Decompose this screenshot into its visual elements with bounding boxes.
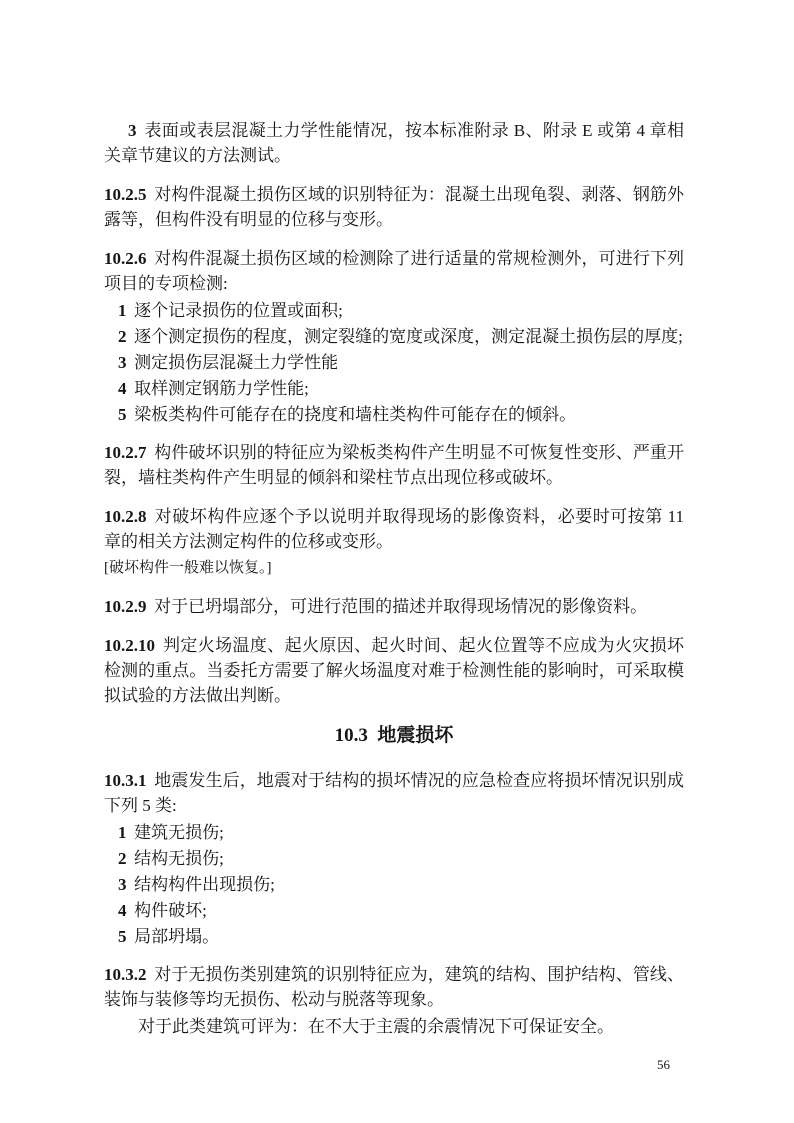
list-item-number: 1 xyxy=(118,301,127,320)
bracketed-note: [破坏构件一般难以恢复。] xyxy=(104,556,684,580)
list-item: 5梁板类构件可能存在的挠度和墙柱类构件可能存在的倾斜。 xyxy=(104,402,684,428)
clause-number: 10.3.2 xyxy=(104,965,147,984)
list-item-number: 4 xyxy=(118,379,127,398)
clause-text: 对于已坍塌部分，可进行范围的描述并取得现场情况的影像资料。 xyxy=(154,597,647,616)
item-number: 3 xyxy=(128,121,137,140)
document-page: 3表面或表层混凝土力学性能情况，按本标准附录 B、附录 E 或第 4 章相关章节… xyxy=(0,0,794,1123)
clause-number: 10.2.8 xyxy=(104,507,147,526)
clause-text: 对构件混凝土损伤区域的检测除了进行适量的常规检测外，可进行下列项目的专项检测: xyxy=(104,249,684,293)
numbered-item-3: 3表面或表层混凝土力学性能情况，按本标准附录 B、附录 E 或第 4 章相关章节… xyxy=(104,118,684,168)
clause-10-2-6: 10.2.6对构件混凝土损伤区域的检测除了进行适量的常规检测外，可进行下列项目的… xyxy=(104,246,684,296)
list-item-number: 2 xyxy=(118,327,127,346)
clause-text: 构件破坏识别的特征应为梁板类构件产生明显不可恢复性变形、严重开裂，墙柱类构件产生… xyxy=(104,443,684,487)
list-10-3-1: 1建筑无损伤; 2结构无损伤; 3结构构件出现损伤; 4构件破坏; 5局部坍塌。 xyxy=(104,820,684,950)
list-item-text: 局部坍塌。 xyxy=(134,927,219,946)
list-item-text: 逐个测定损伤的程度，测定裂缝的宽度或深度，测定混凝土损伤层的厚度; xyxy=(134,327,683,346)
list-item-text: 构件破坏; xyxy=(134,901,207,920)
clause-number: 10.3.1 xyxy=(104,771,147,790)
list-item-text: 结构构件出现损伤; xyxy=(134,875,275,894)
list-item: 3测定损伤层混凝土力学性能 xyxy=(104,350,684,376)
clause-10-2-5: 10.2.5对构件混凝土损伤区域的识别特征为：混凝土出现龟裂、剥落、钢筋外露等，… xyxy=(104,182,684,232)
clause-number: 10.2.10 xyxy=(104,636,155,655)
clause-number: 10.2.9 xyxy=(104,597,147,616)
list-item-text: 建筑无损伤; xyxy=(134,823,224,842)
list-item-number: 3 xyxy=(118,353,127,372)
clause-10-2-8: 10.2.8对破坏构件应逐个予以说明并取得现场的影像资料，必要时可按第 11 章… xyxy=(104,504,684,554)
list-item: 1逐个记录损伤的位置或面积; xyxy=(104,298,684,324)
section-title: 地震损坏 xyxy=(377,725,453,746)
page-number: 56 xyxy=(657,1057,670,1073)
clause-text: 对于无损伤类别建筑的识别特征应为，建筑的结构、围护结构、管线、装饰与装修等均无损… xyxy=(104,965,684,1009)
list-item-text: 梁板类构件可能存在的挠度和墙柱类构件可能存在的倾斜。 xyxy=(134,405,576,424)
list-item-number: 5 xyxy=(118,405,127,424)
clause-10-3-1: 10.3.1地震发生后，地震对于结构的损坏情况的应急检查应将损坏情况识别成下列 … xyxy=(104,768,684,818)
list-item-text: 测定损伤层混凝土力学性能 xyxy=(134,353,338,372)
list-item: 1建筑无损伤; xyxy=(104,820,684,846)
list-item: 2逐个测定损伤的程度，测定裂缝的宽度或深度，测定混凝土损伤层的厚度; xyxy=(104,324,684,350)
clause-text: 对构件混凝土损伤区域的识别特征为：混凝土出现龟裂、剥落、钢筋外露等，但构件没有明… xyxy=(104,185,684,229)
list-item-number: 3 xyxy=(118,875,127,894)
clause-number: 10.2.5 xyxy=(104,185,147,204)
list-item: 5局部坍塌。 xyxy=(104,924,684,950)
list-item-text: 逐个记录损伤的位置或面积; xyxy=(134,301,343,320)
evaluation-paragraph: 对于此类建筑可评为：在不大于主震的余震情况下可保证安全。 xyxy=(104,1014,684,1039)
clause-10-2-9: 10.2.9对于已坍塌部分，可进行范围的描述并取得现场情况的影像资料。 xyxy=(104,594,684,619)
list-item-number: 4 xyxy=(118,901,127,920)
list-item: 3结构构件出现损伤; xyxy=(104,872,684,898)
list-item-number: 2 xyxy=(118,849,127,868)
list-10-2-6: 1逐个记录损伤的位置或面积; 2逐个测定损伤的程度，测定裂缝的宽度或深度，测定混… xyxy=(104,298,684,428)
clause-10-3-2: 10.3.2对于无损伤类别建筑的识别特征应为，建筑的结构、围护结构、管线、装饰与… xyxy=(104,962,684,1012)
clause-number: 10.2.6 xyxy=(104,249,147,268)
item-text: 表面或表层混凝土力学性能情况，按本标准附录 B、附录 E 或第 4 章相关章节建… xyxy=(104,121,684,165)
clause-text: 判定火场温度、起火原因、起火时间、起火位置等不应成为火灾损坏检测的重点。当委托方… xyxy=(104,636,684,705)
list-item-number: 1 xyxy=(118,823,127,842)
list-item: 4构件破坏; xyxy=(104,898,684,924)
list-item-text: 结构无损伤; xyxy=(134,849,224,868)
section-number: 10.3 xyxy=(335,725,368,746)
section-heading-10-3: 10.3地震损坏 xyxy=(104,722,684,750)
clause-10-2-7: 10.2.7构件破坏识别的特征应为梁板类构件产生明显不可恢复性变形、严重开裂，墙… xyxy=(104,440,684,490)
clause-number: 10.2.7 xyxy=(104,443,147,462)
list-item-number: 5 xyxy=(118,927,127,946)
list-item: 2结构无损伤; xyxy=(104,846,684,872)
list-item: 4取样测定钢筋力学性能; xyxy=(104,376,684,402)
clause-text: 地震发生后，地震对于结构的损坏情况的应急检查应将损坏情况识别成下列 5 类: xyxy=(104,771,684,815)
page-content: 3表面或表层混凝土力学性能情况，按本标准附录 B、附录 E 或第 4 章相关章节… xyxy=(104,118,684,1039)
clause-text: 对破坏构件应逐个予以说明并取得现场的影像资料，必要时可按第 11 章的相关方法测… xyxy=(104,507,684,551)
list-item-text: 取样测定钢筋力学性能; xyxy=(134,379,309,398)
clause-10-2-10: 10.2.10判定火场温度、起火原因、起火时间、起火位置等不应成为火灾损坏检测的… xyxy=(104,633,684,708)
